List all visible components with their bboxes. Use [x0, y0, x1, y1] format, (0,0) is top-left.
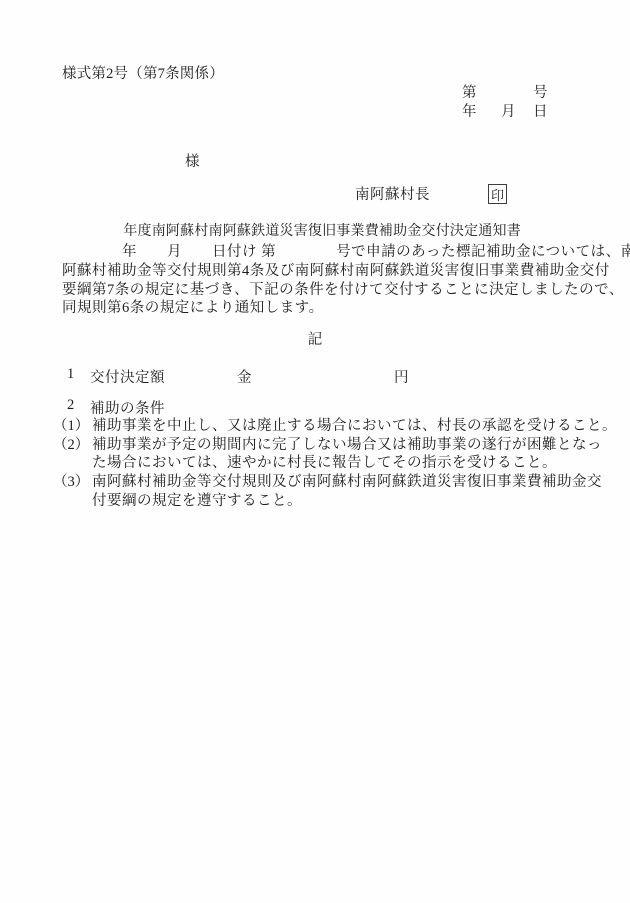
doc-number-suffix-label: 号	[533, 81, 548, 102]
condition-text: 補助事業が予定の期間内に完了しない場合又は補助事業の遂行が困難となっ た場合にお…	[92, 436, 630, 473]
document-page: 様式第2号（第7条関係） 第 号 年 月 日 様 南阿蘇村長 印 年度南阿蘇村南…	[0, 0, 630, 903]
date-month-label: 月	[501, 100, 516, 121]
conditions-header-label: 補助の条件	[90, 397, 165, 418]
form-number-label: 様式第2号（第7条関係）	[62, 62, 224, 83]
condition-row: （3） 南阿蘇村補助金等交付規則及び南阿蘇村南阿蘇鉄道災害復旧事業費補助金交 付…	[0, 473, 630, 510]
condition-text: 南阿蘇村補助金等交付規則及び南阿蘇村南阿蘇鉄道災害復旧事業費補助金交 付要綱の規…	[92, 473, 630, 510]
seal-stamp-box: 印	[488, 184, 507, 204]
amount-item-label: 交付決定額	[90, 366, 165, 387]
date-day-label: 日	[533, 100, 548, 121]
addressee-honorific: 様	[185, 150, 200, 171]
body-paragraph: 年 月 日付け 第 号で申請のあった標記補助金については、南 阿蘇村補助金等交付…	[62, 243, 630, 318]
condition-row: （1） 補助事業を中止し、又は廃止する場合においては、村長の承認を受けること。	[0, 417, 630, 436]
conditions-list: （1） 補助事業を中止し、又は廃止する場合においては、村長の承認を受けること。 …	[0, 417, 630, 511]
ki-heading: 記	[0, 328, 630, 349]
condition-text: 補助事業を中止し、又は廃止する場合においては、村長の承認を受けること。	[92, 417, 630, 436]
sender-title: 南阿蘇村長	[355, 183, 430, 204]
currency-suffix-label: 円	[394, 366, 409, 387]
conditions-header-number: 2	[67, 397, 74, 414]
seal-mark: 印	[491, 185, 504, 204]
condition-number: （1）	[53, 417, 92, 436]
date-year-label: 年	[462, 100, 477, 121]
condition-number: （3）	[53, 473, 92, 510]
condition-number: （2）	[53, 436, 92, 473]
currency-prefix-label: 金	[237, 366, 252, 387]
amount-item-number: 1	[67, 366, 74, 383]
doc-number-prefix-label: 第	[462, 81, 477, 102]
document-title: 年度南阿蘇村南阿蘇鉄道災害復旧事業費補助金交付決定通知書	[0, 220, 630, 240]
condition-row: （2） 補助事業が予定の期間内に完了しない場合又は補助事業の遂行が困難となっ た…	[0, 436, 630, 473]
